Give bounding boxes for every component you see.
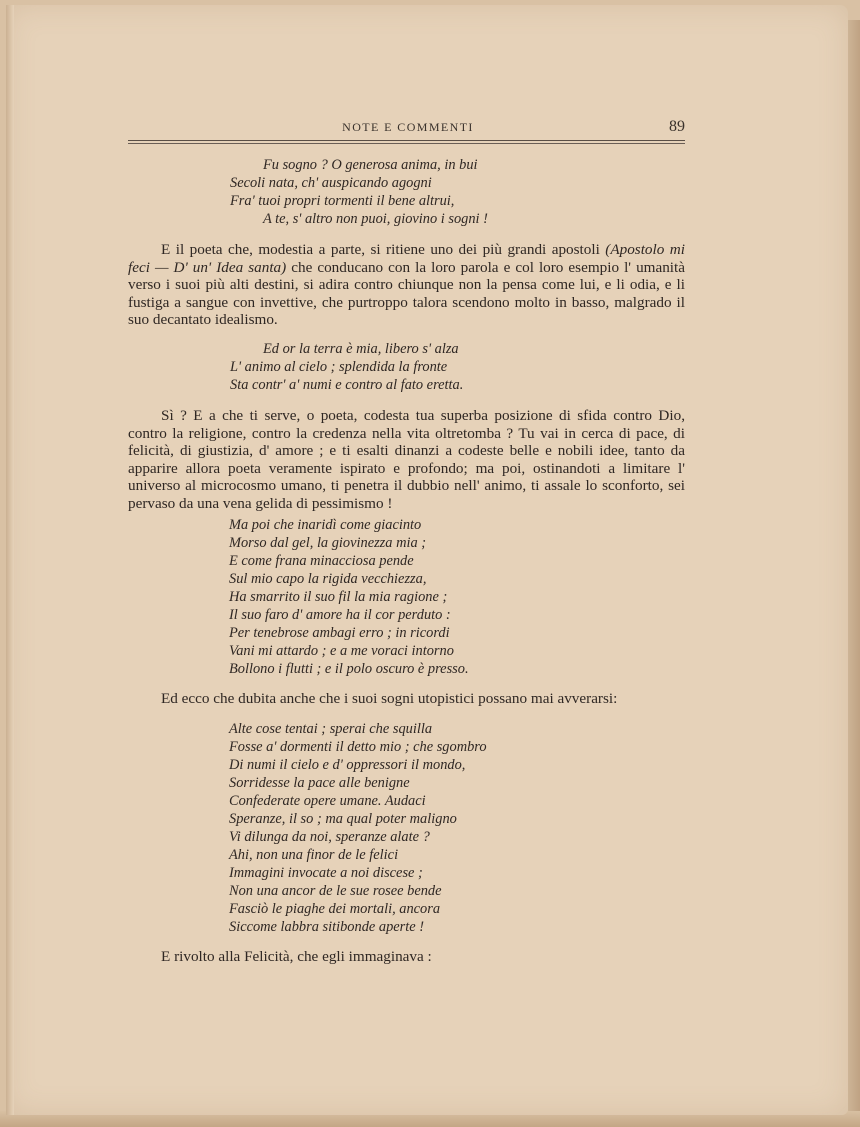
- verse-line: Ed or la terra è mia, libero s' alza: [230, 340, 685, 358]
- paragraph-4: E rivolto alla Felicità, che egli immagi…: [128, 948, 685, 966]
- verse-line: Morso dal gel, la giovinezza mia ;: [229, 534, 685, 552]
- verse-line: Non una ancor de le sue rosee bende: [229, 882, 685, 900]
- verse-quote-4: Alte cose tentai ; sperai che squilla Fo…: [229, 720, 685, 936]
- verse-line: Fu sogno ? O generosa anima, in bui: [230, 156, 685, 174]
- verse-line: E come frana minacciosa pende: [229, 552, 685, 570]
- verse-quote-3: Ma poi che inaridì come giacinto Morso d…: [229, 516, 685, 678]
- verse-line: Speranze, il so ; ma qual poter maligno: [229, 810, 685, 828]
- verse-line: Alte cose tentai ; sperai che squilla: [229, 720, 685, 738]
- verse-quote-2: Ed or la terra è mia, libero s' alza L' …: [230, 340, 685, 394]
- header-rule-double: [128, 143, 685, 144]
- running-title: NOTE E COMMENTI: [128, 120, 688, 135]
- verse-line: Vani mi attardo ; e a me voraci intorno: [229, 642, 685, 660]
- verse-line: Ahi, non una finor de le felici: [229, 846, 685, 864]
- page-body: Fu sogno ? O generosa anima, in bui Seco…: [128, 156, 685, 966]
- paragraph-3: Ed ecco che dubita anche che i suoi sogn…: [128, 690, 685, 708]
- verse-line: A te, s' altro non puoi, giovino i sogni…: [230, 210, 685, 228]
- verse-line: Secoli nata, ch' auspicando agogni: [230, 174, 685, 192]
- verse-line: Per tenebrose ambagi erro ; in ricordi: [229, 624, 685, 642]
- verse-line: Ha smarrito il suo fil la mia ragione ;: [229, 588, 685, 606]
- verse-line: Sta contr' a' numi e contro al fato eret…: [230, 376, 685, 394]
- paragraph-2: Sì ? E a che ti serve, o poeta, codesta …: [128, 407, 685, 513]
- verse-line: Di numi il cielo e d' oppressori il mond…: [229, 756, 685, 774]
- verse-line: Fra' tuoi propri tormenti il bene altrui…: [230, 192, 685, 210]
- verse-line: Ma poi che inaridì come giacinto: [229, 516, 685, 534]
- verse-line: Sorridesse la pace alle benigne: [229, 774, 685, 792]
- header-rule: [128, 140, 685, 141]
- page-number: 89: [669, 118, 685, 136]
- verse-line: Immagini invocate a noi discese ;: [229, 864, 685, 882]
- verse-line: Confederate opere umane. Audaci: [229, 792, 685, 810]
- verse-line: Bollono i flutti ; e il polo oscuro è pr…: [229, 660, 685, 678]
- verse-line: Fosse a' dormenti il detto mio ; che sgo…: [229, 738, 685, 756]
- verse-line: Vi dilunga da noi, speranze alate ?: [229, 828, 685, 846]
- verse-line: Sul mio capo la rigida vecchiezza,: [229, 570, 685, 588]
- page-gutter: [6, 5, 14, 1115]
- page-header: NOTE E COMMENTI 89: [128, 118, 688, 138]
- page-stack-right-edge: [848, 20, 860, 1127]
- verse-line: Siccome labbra sitibonde aperte !: [229, 918, 685, 936]
- verse-line: Fasciò le piaghe dei mortali, ancora: [229, 900, 685, 918]
- verse-line: Il suo faro d' amore ha il cor perduto :: [229, 606, 685, 624]
- verse-line: L' animo al cielo ; splendida la fronte: [230, 358, 685, 376]
- paragraph-1: E il poeta che, modestia a parte, si rit…: [128, 241, 685, 329]
- verse-quote-1: Fu sogno ? O generosa anima, in bui Seco…: [230, 156, 685, 228]
